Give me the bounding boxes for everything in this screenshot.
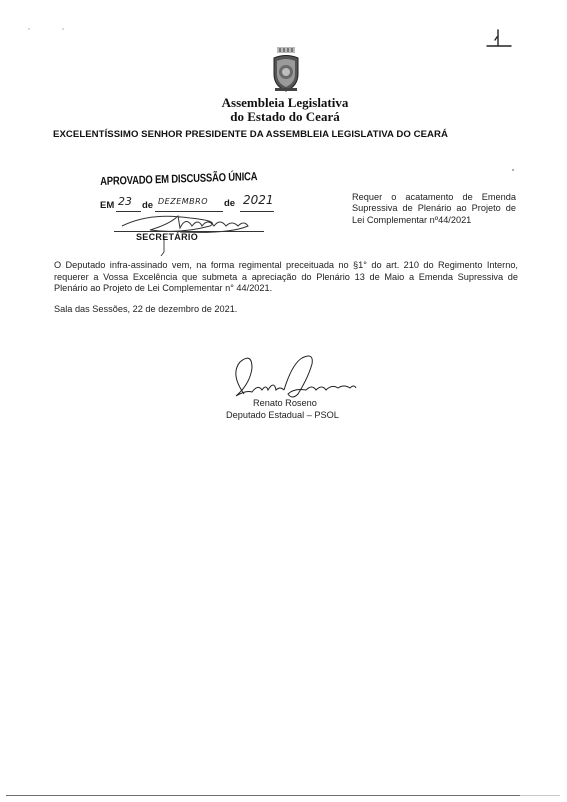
signer-name: Renato Roseno [253, 398, 317, 408]
stamp-title: APROVADO EM DISCUSSÃO ÚNICA [100, 171, 258, 188]
body-paragraph: O Deputado infra-assinado vem, na forma … [54, 260, 518, 295]
closing-place-date: Sala das Sessões, 22 de dezembro de 2021… [54, 304, 237, 314]
summary-line: Lei Complementar nº44/2021 [352, 215, 516, 226]
state-crest-icon [268, 46, 304, 94]
secretary-signature [120, 206, 270, 256]
footer-rule [6, 795, 520, 796]
summary-line: Supressiva de Plenário ao Projeto de [352, 203, 516, 214]
request-summary: Requer o acatamento de Emenda Supressiva… [352, 192, 516, 226]
signer-title: Deputado Estadual – PSOL [226, 410, 339, 420]
approval-stamp: APROVADO EM DISCUSSÃO ÚNICA EM 23 de DEZ… [100, 176, 290, 256]
stamp-year: 2021 [243, 193, 274, 207]
addressee-heading: EXCELENTÍSSIMO SENHOR PRESIDENTE DA ASSE… [53, 129, 448, 140]
organization-name: Assembleia Legislativa do Estado do Cear… [180, 96, 390, 124]
scan-speck [28, 28, 30, 30]
stamp-em-label: EM [100, 200, 114, 211]
scan-speck [512, 169, 514, 171]
stamp-month: DEZEMBRO [158, 197, 208, 206]
deputy-signature [222, 354, 372, 404]
handwritten-page-number [478, 28, 518, 50]
organization-name-line2: do Estado do Ceará [180, 110, 390, 124]
footer-rule [520, 795, 560, 796]
stamp-role: SECRETÁRIO [136, 232, 198, 242]
summary-line: Requer o acatamento de Emenda [352, 192, 516, 203]
scan-speck [62, 28, 64, 30]
organization-name-line1: Assembleia Legislativa [180, 96, 390, 110]
